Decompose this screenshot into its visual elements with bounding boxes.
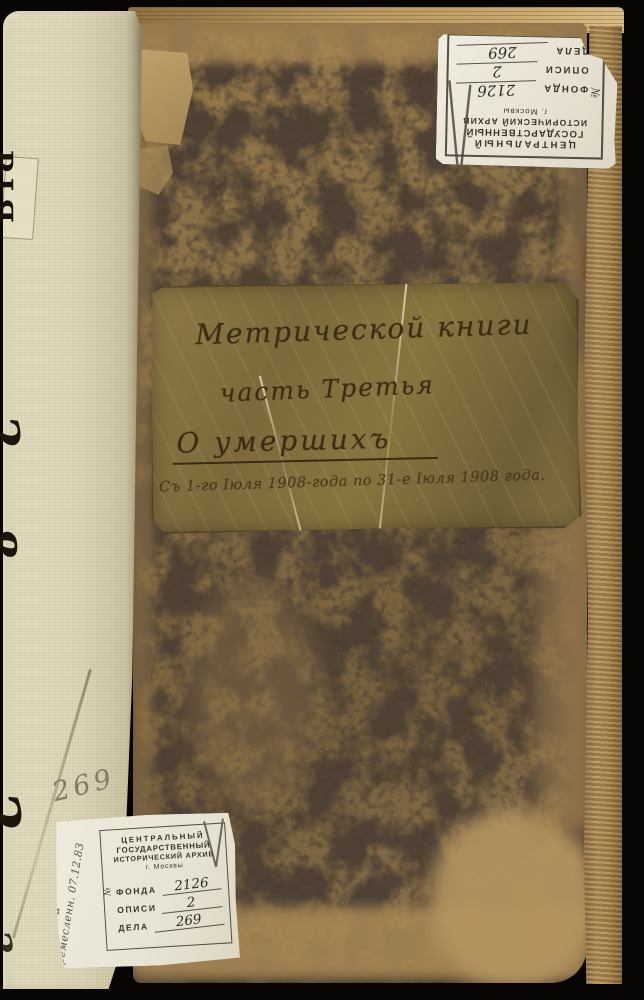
field-value-handwritten: 269 (457, 42, 549, 62)
field-label: ДЕЛА (118, 921, 149, 933)
title-line-1: Метрической книги (149, 306, 580, 352)
number-sign: № (588, 88, 601, 99)
check-mark-icon (202, 816, 228, 873)
number-sign: № (103, 887, 114, 896)
spine-partial-digit: 8 (0, 526, 27, 560)
field-label: ОПИСИ (544, 63, 589, 75)
spine-partial-letters: РІЯ (0, 150, 19, 229)
field-label: ФОНДА (542, 82, 588, 94)
photo-background: РІЯ 2 8 2 3 269 Метрической книги часть … (0, 0, 644, 1000)
spine-partial-digit: 2 (0, 413, 30, 450)
book-fore-edge-pages (584, 26, 622, 984)
spine-partial-digit: 2 (0, 788, 34, 835)
title-label: Метрической книги часть Третья О умерших… (148, 280, 581, 534)
stamp-field-fond: ФОНДА 2126 (456, 81, 588, 103)
stamp-fields: ФОНДА 2126 ОПИСИ 2 ДЕЛА 269 (115, 873, 223, 933)
stamp-fields: ФОНДА 2126 ОПИСИ 2 ДЕЛА 269 (456, 43, 589, 103)
title-date-line: Съ 1-го Іюля 1908-года по 31-е Іюля 1908… (159, 466, 581, 495)
title-line-3: О умершихъ (172, 421, 438, 465)
archive-label-bottom: 10дней ремесленн. 07.12.83 ЦЕНТРАЛЬНЫЙ Г… (53, 811, 240, 970)
field-label: ДЕЛА (554, 45, 589, 57)
